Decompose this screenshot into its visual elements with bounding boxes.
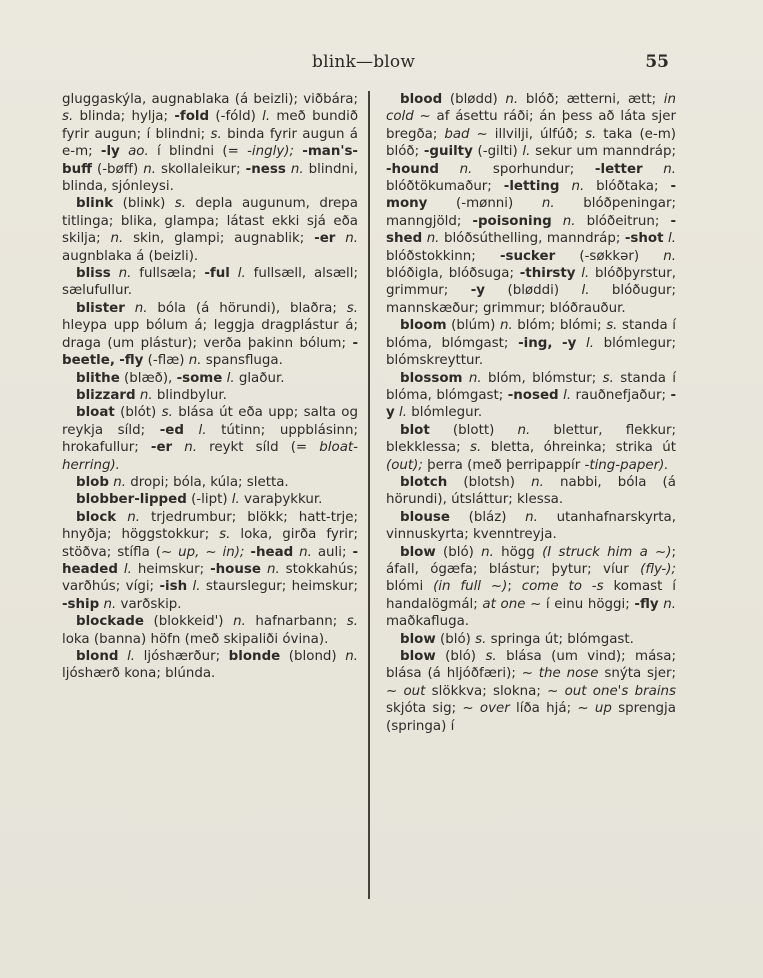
definition-text: blóðeitrun; xyxy=(576,214,671,229)
derived-form: -house xyxy=(210,562,261,577)
definition-text: blóðigla, blóðsuga; xyxy=(386,266,520,281)
dictionary-entry-bloom: bloom (blúm) n. blóm; blómi; s. standa í… xyxy=(386,317,676,369)
headword: blot xyxy=(400,423,430,438)
dictionary-entry-blossom: blossom n. blóm, blómstur; s. standa í b… xyxy=(386,370,676,422)
italic-text: come to -s xyxy=(522,579,604,594)
headword: bliss xyxy=(76,266,111,281)
headword: blond xyxy=(76,649,119,664)
derived-form: -letting xyxy=(504,179,560,194)
italic-text: s. xyxy=(470,440,481,455)
italic-text: n. xyxy=(663,162,676,177)
italic-text: s. xyxy=(603,371,614,386)
italic-text: l. xyxy=(563,388,571,403)
definition-text xyxy=(125,301,135,316)
definition-text: ljóshærður; xyxy=(135,649,229,664)
definition-text: skin, glampi; augnablik; xyxy=(123,231,314,246)
derived-form: -shot xyxy=(625,231,664,246)
dictionary-entry-bliss: bliss n. fullsæla; -ful l. fullsæll, als… xyxy=(62,265,358,300)
italic-text: n. xyxy=(140,388,153,403)
italic-text: -ingly); xyxy=(247,144,294,159)
definition-text: blóðtökumaður; xyxy=(386,179,504,194)
derived-form: -fly xyxy=(634,597,658,612)
derived-form: -y xyxy=(471,283,485,298)
definition-text xyxy=(120,144,128,159)
definition-text xyxy=(230,266,238,281)
italic-text: ~ up, ~ in); xyxy=(161,545,244,560)
definition-text: (-mønni) xyxy=(427,196,541,211)
definition-text: gluggaskýla, augnablaka (á beizli); viðb… xyxy=(62,92,358,107)
dictionary-entry-blizzard: blizzard n. blindbylur. xyxy=(62,387,358,404)
headword: blockade xyxy=(76,614,144,629)
italic-text: s. xyxy=(219,527,230,542)
definition-text: (blokkeid') xyxy=(144,614,233,629)
dictionary-entry-bloat: bloat (blót) s. blása út eða upp; salta … xyxy=(62,404,358,474)
definition-text xyxy=(643,162,664,177)
derived-form: -ed xyxy=(160,423,184,438)
derived-form: -sucker xyxy=(500,249,555,264)
italic-text: s. xyxy=(175,196,186,211)
derived-form: -ness xyxy=(246,162,286,177)
italic-text: n. xyxy=(110,231,123,246)
definition-text: maðkafluga. xyxy=(386,614,469,629)
italic-text: ~ the nose xyxy=(522,666,599,681)
italic-text: n. xyxy=(184,440,197,455)
definition-text xyxy=(560,179,572,194)
definition-text xyxy=(172,440,184,455)
italic-text: l. xyxy=(232,492,240,507)
italic-text: n. xyxy=(135,301,148,316)
italic-text: s. xyxy=(347,614,358,629)
definition-text xyxy=(335,231,345,246)
italic-text: l. xyxy=(127,649,135,664)
italic-text: n. xyxy=(481,545,494,560)
definition-text: bóla (á hörundi), blaðra; xyxy=(147,301,346,316)
italic-text: (I struck him a ~) xyxy=(542,545,671,560)
derived-form: -fold xyxy=(174,109,209,124)
dictionary-entry-blobber-lipped: blobber-lipped (-lipt) l. varaþykkur. xyxy=(62,491,358,508)
definition-text: skollaleikur; xyxy=(156,162,246,177)
derived-form: -head xyxy=(250,545,293,560)
derived-form: -fly xyxy=(119,353,143,368)
italic-text: ao. xyxy=(128,144,149,159)
italic-text: s. xyxy=(62,109,73,124)
definition-text: þerra (með þerripappír xyxy=(423,458,585,473)
definition-text xyxy=(184,423,199,438)
italic-text: n. xyxy=(663,249,676,264)
italic-text: l. xyxy=(668,231,676,246)
definition-text: (-lipt) xyxy=(187,492,232,507)
dictionary-entry-blow-s1: blow (bló) s. springa út; blómgast. xyxy=(386,631,676,648)
derived-form: -some xyxy=(177,371,223,386)
left-column: gluggaskýla, augnablaka (á beizli); viðb… xyxy=(62,91,358,683)
definition-text: reykt síld (= xyxy=(197,440,319,455)
definition-text: sekur um manndráp; xyxy=(530,144,676,159)
headword: blow xyxy=(400,545,436,560)
definition-text: (blond) xyxy=(280,649,345,664)
headword: blotch xyxy=(400,475,447,490)
definition-text: slökkva; slokna; xyxy=(425,684,547,699)
definition-text: (bló) xyxy=(436,649,486,664)
italic-text: n. xyxy=(500,318,513,333)
definition-text: blinda; hylja; xyxy=(73,109,174,124)
headword: bloom xyxy=(400,318,447,333)
definition-text: (blæð), xyxy=(120,371,177,386)
headword: bloat xyxy=(76,405,115,420)
definition-text xyxy=(552,214,563,229)
definition-text: fullsæla; xyxy=(131,266,204,281)
definition-text: dropi; bóla, kúla; sletta. xyxy=(126,475,289,490)
derived-form: -hound xyxy=(386,162,439,177)
italic-text: n. xyxy=(189,353,202,368)
dictionary-entry-blood: blood (blødd) n. blóð; ætterni, ætt; in … xyxy=(386,91,676,317)
definition-text: blóð; ætterni, ætt; xyxy=(518,92,664,107)
definition-text xyxy=(116,510,127,525)
definition-text xyxy=(111,266,119,281)
definition-text: ljóshærð kona; blúnda. xyxy=(62,666,215,681)
italic-text: (out); xyxy=(386,458,423,473)
definition-text: (bløddi) xyxy=(485,283,581,298)
definition-text: loka (banna) höfn (með skipaliði óvina). xyxy=(62,632,328,647)
derived-form: -er xyxy=(151,440,172,455)
headword: blood xyxy=(400,92,442,107)
italic-text: n. xyxy=(267,562,280,577)
headword: blow xyxy=(400,632,436,647)
headword: block xyxy=(76,510,116,525)
dictionary-entry-blotch: blotch (blotsh) n. nabbi, bóla (á hörund… xyxy=(386,474,676,509)
definition-text: (blót) xyxy=(115,405,162,420)
headword: blow xyxy=(400,649,436,664)
italic-text: l. xyxy=(124,562,132,577)
running-head: blink—blow 55 xyxy=(0,52,763,76)
definition-text: hafnarbann; xyxy=(246,614,347,629)
definition-text: ; xyxy=(507,579,521,594)
italic-text: n. xyxy=(427,231,440,246)
italic-text: l. xyxy=(399,405,407,420)
dictionary-entry-blot: blot (blott) n. blettur, flekkur; blekkl… xyxy=(386,422,676,474)
page-title: blink—blow xyxy=(312,52,415,72)
headword: blobber-lipped xyxy=(76,492,187,507)
definition-text: varðskip. xyxy=(116,597,181,612)
definition-text: (blott) xyxy=(430,423,518,438)
definition-text: sporhundur; xyxy=(472,162,595,177)
definition-text: (bli xyxy=(113,196,144,211)
dictionary-entry-blond: blond l. ljóshærður; blonde (blond) n. l… xyxy=(62,648,358,683)
definition-text: blóðstokkinn; xyxy=(386,249,500,264)
definition-text: illvilji, úlfúð; xyxy=(488,127,585,142)
definition-text: (blúm) xyxy=(447,318,500,333)
italic-text: n. xyxy=(345,649,358,664)
definition-text xyxy=(552,336,562,351)
italic-text: (in full ~) xyxy=(433,579,507,594)
dictionary-entry-blithe: blithe (blæð), -some l. glaður. xyxy=(62,370,358,387)
italic-text: n. xyxy=(345,231,358,246)
derived-form: -guilty xyxy=(424,144,473,159)
italic-text: l. xyxy=(586,336,594,351)
italic-text: n. xyxy=(299,545,312,560)
definition-text: springa út; blómgast. xyxy=(486,632,634,647)
definition-text: k) xyxy=(152,196,174,211)
italic-text: s. xyxy=(606,318,617,333)
italic-text: s. xyxy=(485,649,496,664)
italic-text: l. xyxy=(262,109,270,124)
italic-text: s. xyxy=(475,632,486,647)
italic-text: n. xyxy=(517,423,530,438)
headword: blob xyxy=(76,475,109,490)
dictionary-entry-blister: blister n. bóla (á hörundi), blaðra; s. … xyxy=(62,300,358,370)
italic-text: l. xyxy=(199,423,207,438)
derived-form: -ish xyxy=(159,579,187,594)
italic-text: n. xyxy=(104,597,117,612)
derived-form: -ly xyxy=(101,144,120,159)
definition-text: skjóta sig; xyxy=(386,701,462,716)
definition-text: í blindni (= xyxy=(149,144,247,159)
italic-text: n. xyxy=(505,92,518,107)
definition-text: (-bøff) xyxy=(92,162,143,177)
headword: blister xyxy=(76,301,125,316)
italic-text: n. xyxy=(531,475,544,490)
headword: blink xyxy=(76,196,113,211)
definition-text xyxy=(119,649,128,664)
definition-text: (-søkkər) xyxy=(555,249,663,264)
italic-text: ~ out xyxy=(386,684,425,699)
definition-text xyxy=(576,336,586,351)
italic-text: ~ up xyxy=(577,701,612,716)
italic-text: n. xyxy=(663,597,676,612)
right-column: blood (blødd) n. blóð; ætterni, ætt; in … xyxy=(386,91,676,735)
definition-text: staurslegur; heimskur; xyxy=(201,579,358,594)
italic-text: n. xyxy=(460,162,473,177)
dictionary-entry-blob: blob n. dropi; bóla, kúla; sletta. xyxy=(62,474,358,491)
dictionary-page: blink—blow 55 gluggaskýla, augnablaka (á… xyxy=(0,0,763,978)
italic-text: n. xyxy=(127,510,140,525)
italic-text: s. xyxy=(585,127,596,142)
italic-text: ~ over xyxy=(462,701,509,716)
definition-text: blóm, blómstur; xyxy=(482,371,603,386)
derived-form: -ing, xyxy=(518,336,552,351)
derived-form: -thirsty xyxy=(520,266,576,281)
derived-form: -ship xyxy=(62,597,99,612)
italic-text: (fly-); xyxy=(640,562,676,577)
derived-form: -nosed xyxy=(508,388,559,403)
headword: blouse xyxy=(400,510,450,525)
definition-text: rauðnefjaður; xyxy=(571,388,670,403)
italic-text: n. xyxy=(119,266,132,281)
derived-form: -er xyxy=(314,231,335,246)
italic-text: n. xyxy=(113,475,126,490)
definition-text: (blotsh) xyxy=(447,475,531,490)
italic-text: s. xyxy=(347,301,358,316)
dictionary-entry-blockade: blockade (blokkeid') n. hafnarbann; s. l… xyxy=(62,613,358,648)
headword: blizzard xyxy=(76,388,136,403)
italic-text: n. xyxy=(563,214,576,229)
definition-text: blindbylur. xyxy=(153,388,227,403)
definition-text: varaþykkur. xyxy=(240,492,323,507)
definition-text: snýta sjer; xyxy=(599,666,677,681)
italic-text: at one ~ xyxy=(482,597,541,612)
headword: blossom xyxy=(400,371,462,386)
headword: blithe xyxy=(76,371,120,386)
italic-text: bad ~ xyxy=(444,127,487,142)
italic-text: n. xyxy=(233,614,246,629)
definition-text: bletta, óhreinka; strika út xyxy=(481,440,676,455)
definition-text: (blødd) xyxy=(442,92,505,107)
definition-text: (bló) xyxy=(436,545,481,560)
italic-text: l. xyxy=(227,371,235,386)
dictionary-entry-blink: blink (bliɴk) s. depla augunum, drepa ti… xyxy=(62,195,358,265)
definition-text: (bló) xyxy=(436,632,475,647)
definition-text xyxy=(439,162,460,177)
italic-text: s. xyxy=(162,405,173,420)
italic-text: s. xyxy=(211,127,222,142)
dictionary-entry-blow-n: blow (bló) n. högg (I struck him a ~); á… xyxy=(386,544,676,631)
italic-text: -ting-paper). xyxy=(585,458,669,473)
definition-text: hleypa upp bólum á; leggja dragplástur á… xyxy=(62,318,358,350)
derived-form: -ful xyxy=(204,266,230,281)
definition-text: heimskur; xyxy=(132,562,210,577)
definition-text: (-flæ) xyxy=(143,353,188,368)
definition-text: (bláz) xyxy=(450,510,525,525)
definition-text: blómi xyxy=(386,579,433,594)
dictionary-entry-cont: gluggaskýla, augnablaka (á beizli); viðb… xyxy=(62,91,358,195)
definition-text: auli; xyxy=(312,545,353,560)
definition-text: í einu höggi; xyxy=(541,597,634,612)
definition-text: (-fóld) xyxy=(209,109,262,124)
italic-text: n. xyxy=(571,179,584,194)
definition-text: líða hjá; xyxy=(510,701,578,716)
italic-text: ~ out one's brains xyxy=(547,684,676,699)
page-number: 55 xyxy=(645,52,669,72)
dictionary-entry-blouse: blouse (bláz) n. utanhafnarskyrta, vinnu… xyxy=(386,509,676,544)
column-divider xyxy=(368,91,370,899)
dictionary-entry-block: block n. trjedrumbur; blökk; hatt-trje; … xyxy=(62,509,358,613)
italic-text: n. xyxy=(143,162,156,177)
definition-text: augnblaka á (beizli). xyxy=(62,249,198,264)
definition-text: blóðtaka; xyxy=(584,179,670,194)
italic-text: l. xyxy=(193,579,201,594)
italic-text: n. xyxy=(525,510,538,525)
definition-text: spansfluga. xyxy=(202,353,283,368)
italic-text: n. xyxy=(469,371,482,386)
italic-text: n. xyxy=(542,196,555,211)
derived-form: blonde xyxy=(229,649,281,664)
definition-text: glaður. xyxy=(235,371,285,386)
dictionary-entry-blow-s2: blow (bló) s. blása (um vind); mása; blá… xyxy=(386,648,676,735)
definition-text: blómlegur. xyxy=(407,405,482,420)
derived-form: -y xyxy=(562,336,576,351)
derived-form: -letter xyxy=(595,162,643,177)
definition-text: (-gilti) xyxy=(473,144,523,159)
definition-text: blóm; blómi; xyxy=(513,318,607,333)
definition-text: högg xyxy=(494,545,542,560)
derived-form: -poisoning xyxy=(472,214,551,229)
definition-text: blóðsúthelling, manndráp; xyxy=(439,231,624,246)
italic-text: n. xyxy=(291,162,304,177)
italic-text: l. xyxy=(238,266,246,281)
